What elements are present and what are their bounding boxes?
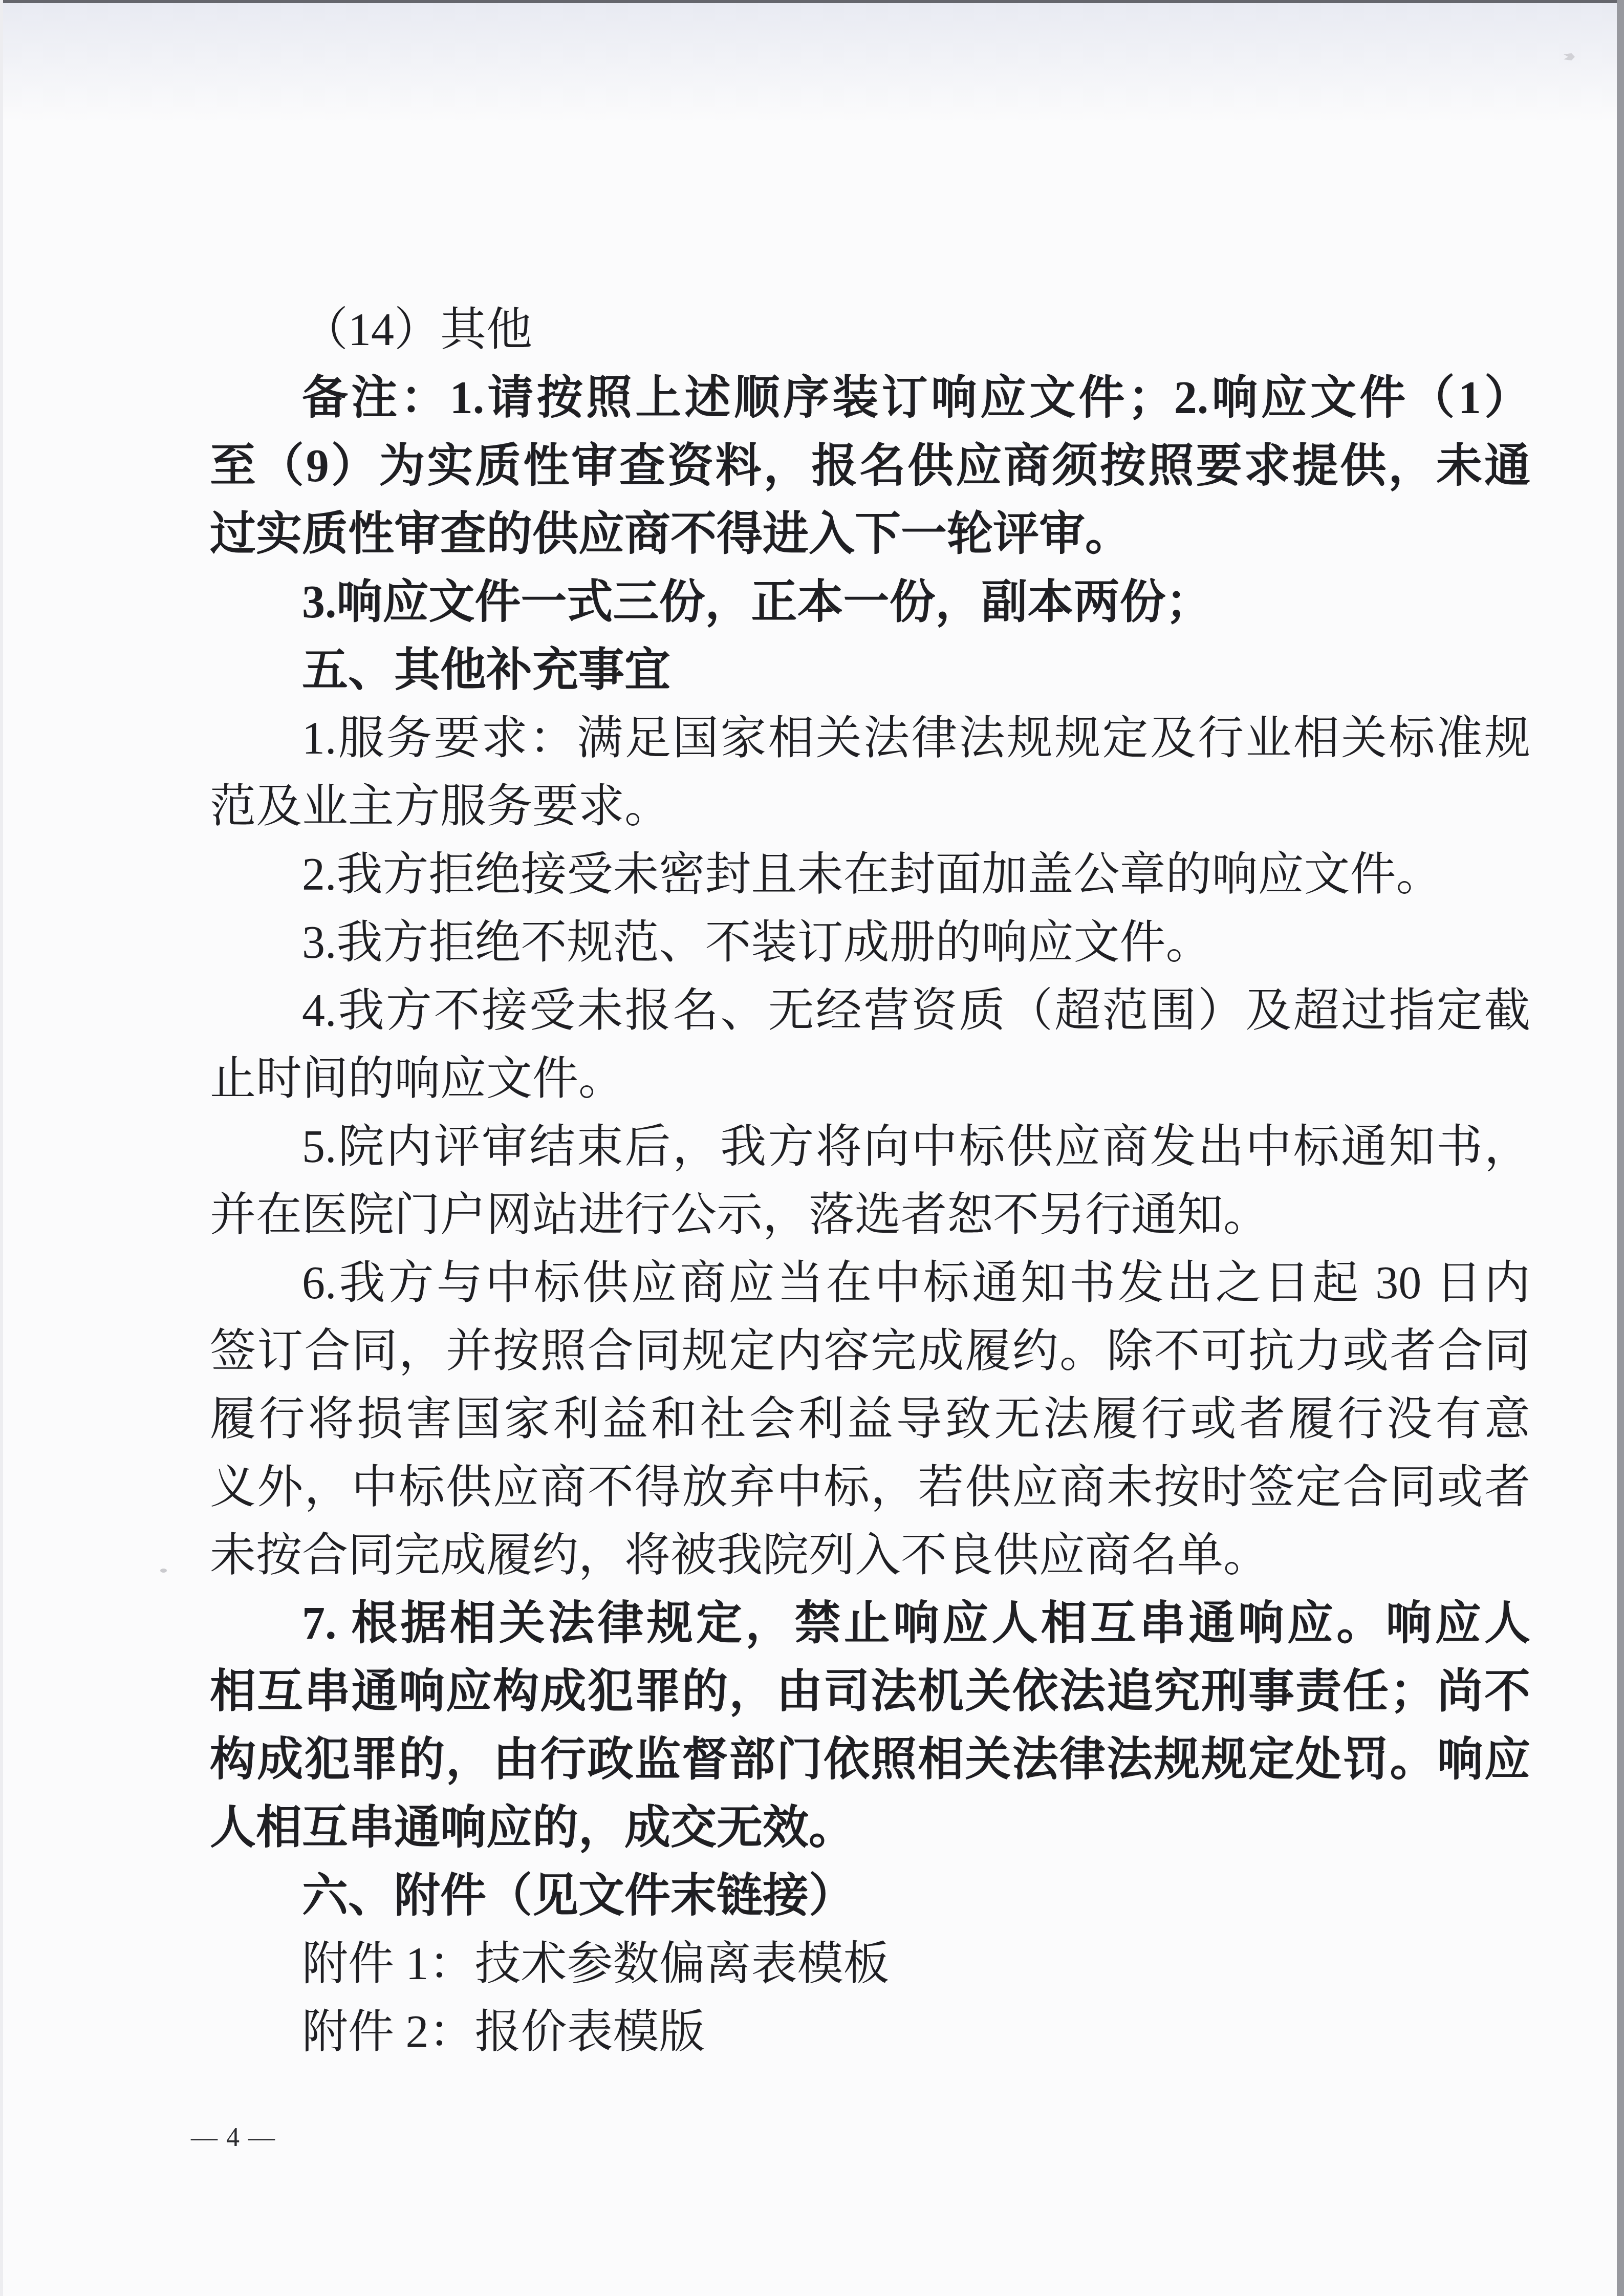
text-line: 2.我方拒绝接受未密封且未在封面加盖公章的响应文件。 — [210, 841, 1530, 909]
text-line: 构成犯罪的，由行政监督部门依照相关法律法规规定处罚。响应 — [210, 1726, 1530, 1794]
text-line: 过实质性审查的供应商不得进入下一轮评审。 — [210, 500, 1530, 568]
text-line: 未按合同完成履约，将被我院列入不良供应商名单。 — [210, 1521, 1530, 1590]
text-line: 1.服务要求：满足国家相关法律法规规定及行业相关标准规 — [210, 704, 1530, 773]
text-line: 并在医院门户网站进行公示，落选者恕不另行通知。 — [210, 1181, 1530, 1249]
document-page: （14）其他备注：1.请按照上述顺序装订响应文件；2.响应文件（1）至（9）为实… — [0, 0, 1624, 2296]
text-line: 至（9）为实质性审查资料，报名供应商须按照要求提供，未通 — [210, 432, 1530, 500]
scan-left-edge — [0, 0, 3, 2296]
text-line: 3.响应文件一式三份，正本一份，副本两份； — [210, 568, 1530, 636]
scan-right-edge — [1617, 0, 1624, 2296]
text-line: 5.院内评审结束后，我方将向中标供应商发出中标通知书， — [210, 1113, 1530, 1181]
text-line: 义外，中标供应商不得放弃中标，若供应商未按时签定合同或者 — [210, 1453, 1530, 1521]
scan-artifact-arrow — [1564, 53, 1575, 60]
text-line: 4.我方不接受未报名、无经营资质（超范围）及超过指定截 — [210, 977, 1530, 1045]
text-line: 备注：1.请按照上述顺序装订响应文件；2.响应文件（1） — [210, 364, 1530, 432]
document-body: （14）其他备注：1.请按照上述顺序装订响应文件；2.响应文件（1）至（9）为实… — [210, 296, 1530, 2066]
text-line: 相互串通响应构成犯罪的，由司法机关依法追究刑事责任；尚不 — [210, 1658, 1530, 1726]
text-line: 6.我方与中标供应商应当在中标通知书发出之日起 30 日内 — [210, 1249, 1530, 1317]
scan-top-shading — [0, 0, 1624, 123]
text-line: 附件 2：报价表模版 — [210, 1998, 1530, 2066]
scan-top-edge — [0, 0, 1624, 3]
text-line: 止时间的响应文件。 — [210, 1045, 1530, 1113]
text-line: 五、其他补充事宜 — [210, 636, 1530, 704]
scan-artifact-smudge — [160, 1569, 167, 1573]
text-line: 人相互串通响应的，成交无效。 — [210, 1794, 1530, 1862]
page-number: — 4 — — [191, 2122, 276, 2153]
text-line: 附件 1：技术参数偏离表模板 — [210, 1930, 1530, 1998]
text-line: 六、附件（见文件末链接） — [210, 1862, 1530, 1930]
text-line: 7. 根据相关法律规定，禁止响应人相互串通响应。响应人 — [210, 1590, 1530, 1658]
text-line: （14）其他 — [210, 296, 1530, 364]
text-line: 范及业主方服务要求。 — [210, 773, 1530, 841]
text-line: 签订合同，并按照合同规定内容完成履约。除不可抗力或者合同 — [210, 1317, 1530, 1385]
text-line: 3.我方拒绝不规范、不装订成册的响应文件。 — [210, 909, 1530, 977]
text-line: 履行将损害国家利益和社会利益导致无法履行或者履行没有意 — [210, 1385, 1530, 1453]
